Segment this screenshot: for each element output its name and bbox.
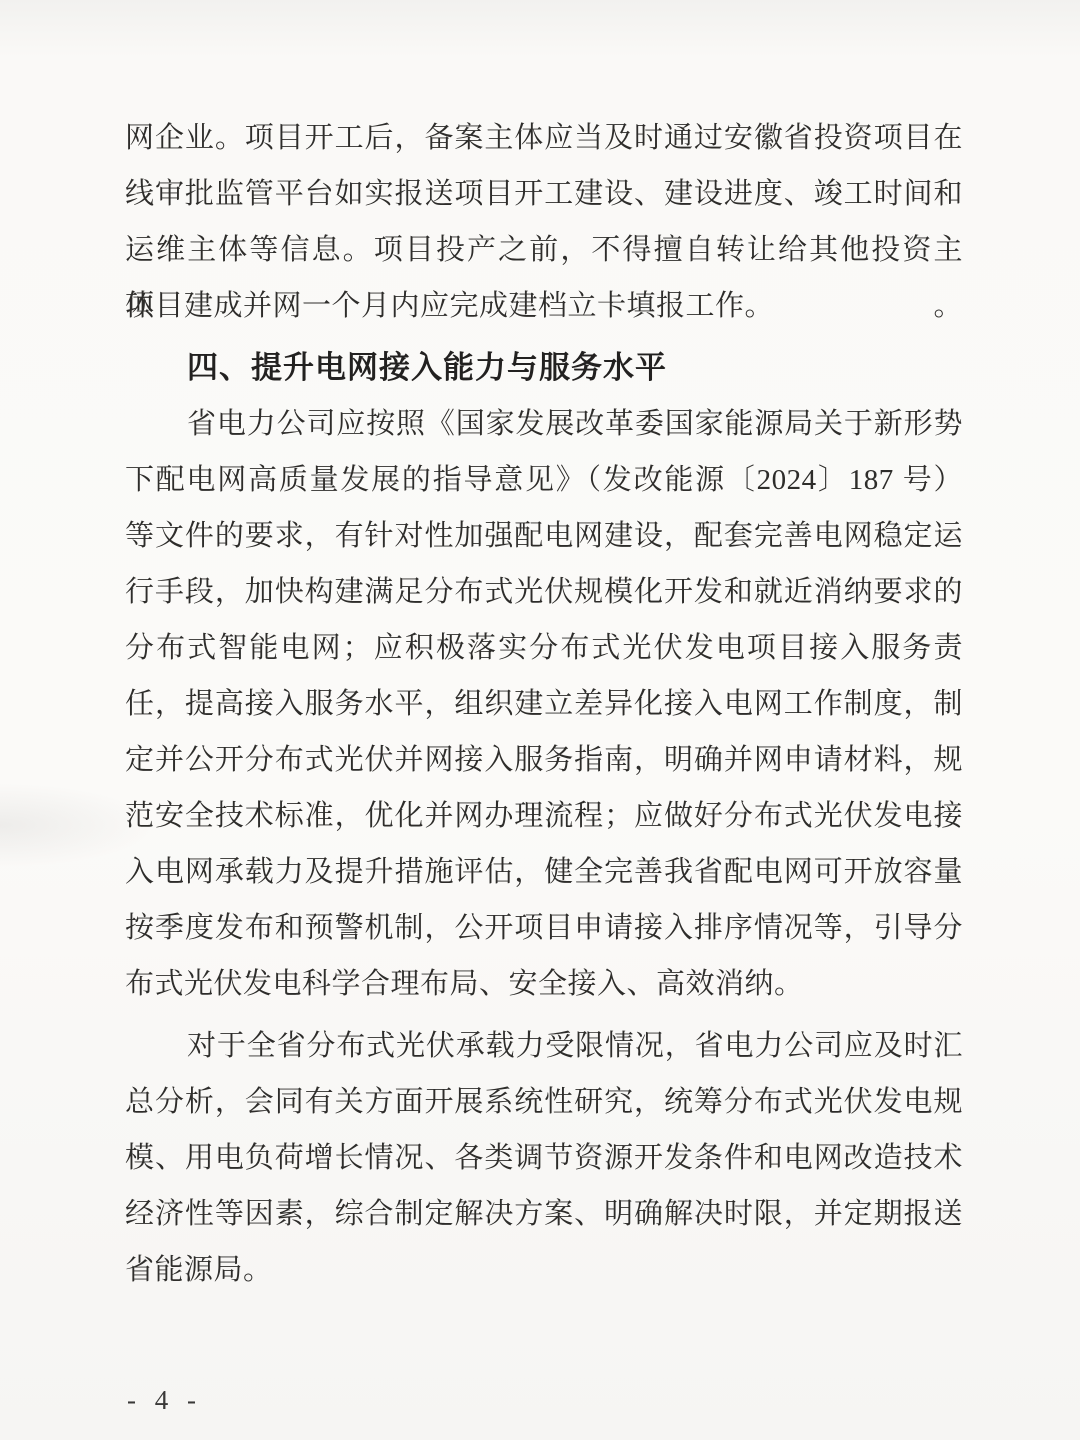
paragraph-line: 分布式智能电网；应积极落实分布式光伏发电项目接入服务责	[125, 620, 963, 676]
paragraph-line: 经济性等因素，综合制定解决方案、明确解决时限，并定期报送	[125, 1186, 963, 1242]
paragraph-line: 任，提高接入服务水平，组织建立差异化接入电网工作制度，制	[125, 676, 963, 732]
paragraph-line: 定并公开分布式光伏并网接入服务指南，明确并网申请材料，规	[125, 732, 963, 788]
paragraph-line: 按季度发布和预警机制，公开项目申请接入排序情况等，引导分	[125, 900, 963, 956]
paragraph-line: 下配电网高质量发展的指导意见》（发改能源〔2024〕187 号）	[125, 452, 963, 508]
paragraph-line: 布式光伏发电科学合理布局、安全接入、高效消纳。	[125, 956, 963, 1012]
paragraph-line: 线审批监管平台如实报送项目开工建设、建设进度、竣工时间和	[125, 166, 963, 222]
paragraph-line: 等文件的要求，有针对性加强配电网建设，配套完善电网稳定运	[125, 508, 963, 564]
document-text-block: 网企业。项目开工后，备案主体应当及时通过安徽省投资项目在 线审批监管平台如实报送…	[125, 110, 963, 1298]
scanned-document-page: 网企业。项目开工后，备案主体应当及时通过安徽省投资项目在 线审批监管平台如实报送…	[0, 0, 1080, 1440]
paragraph-line: 模、用电负荷增长情况、各类调节资源开发条件和电网改造技术	[125, 1130, 963, 1186]
paragraph-line: 行手段，加快构建满足分布式光伏规模化开发和就近消纳要求的	[125, 564, 963, 620]
paragraph-line: 网企业。项目开工后，备案主体应当及时通过安徽省投资项目在	[125, 110, 963, 166]
section-heading: 四、提升电网接入能力与服务水平	[125, 340, 963, 396]
paragraph-line: 省电力公司应按照《国家发展改革委国家能源局关于新形势	[125, 396, 963, 452]
paragraph-line: 对于全省分布式光伏承载力受限情况，省电力公司应及时汇	[125, 1018, 963, 1074]
page-number: - 4 -	[127, 1385, 202, 1416]
paragraph-line: 省能源局。	[125, 1242, 963, 1298]
paragraph-line: 总分析，会同有关方面开展系统性研究，统筹分布式光伏发电规	[125, 1074, 963, 1130]
paragraph-line: 运维主体等信息。项目投产之前，不得擅自转让给其他投资主体。	[125, 222, 963, 278]
paragraph-line: 入电网承载力及提升措施评估，健全完善我省配电网可开放容量	[125, 844, 963, 900]
paragraph-line: 范安全技术标准，优化并网办理流程；应做好分布式光伏发电接	[125, 788, 963, 844]
